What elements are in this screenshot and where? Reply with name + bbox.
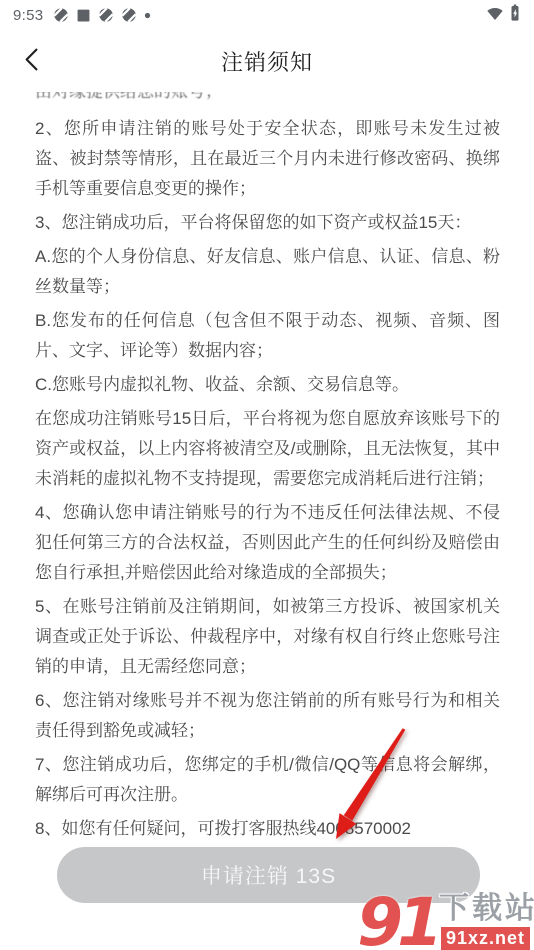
notice-paragraph: 3、您注销成功后，平台将保留您的如下资产或权益15天： (35, 208, 500, 238)
battery-charging-icon (509, 3, 521, 27)
header: 注销须知 (0, 30, 534, 92)
page-title: 注销须知 (0, 30, 534, 92)
pinwheel-icon (53, 7, 69, 23)
notice-paragraph: 2、您所申请注销的账号处于安全状态，即账号未发生过被盗、被封禁等情形，且在最近三… (35, 114, 500, 204)
notice-paragraph: 6、您注销对缘账号并不视为您注销前的所有账号行为和相关责任得到豁免或减轻； (35, 686, 500, 746)
clock-time: 9:53 (13, 7, 43, 24)
notice-paragraph: 由对缘提供给您的账号； (35, 92, 500, 107)
notice-paragraph: C.您账号内虚拟礼物、收益、余额、交易信息等。 (35, 370, 500, 400)
dot-icon (144, 12, 151, 19)
notice-paragraph: 4、您确认您申请注销账号的行为不违反任何法律法规、不侵犯任何第三方的合法权益，否… (35, 498, 500, 588)
back-button[interactable] (14, 44, 50, 80)
wifi-icon (486, 5, 504, 26)
notice-paragraph: 在您成功注销账号15日后，平台将视为您自愿放弃该账号下的资产或权益，以上内容将被… (35, 404, 500, 494)
notice-paragraph: A.您的个人身份信息、好友信息、账户信息、认证、信息、粉丝数量等； (35, 242, 500, 302)
pinwheel-icon (98, 7, 114, 23)
app-screen: 9:53 (0, 0, 534, 950)
back-arrow-icon (19, 46, 46, 78)
pinwheel-icon (121, 7, 137, 23)
watermark-site-url: 91xz.net (439, 925, 532, 950)
notification-icons (53, 7, 151, 23)
notice-body[interactable]: 由对缘提供给您的账号； 2、您所申请注销的账号处于安全状态，即账号未发生过被盗、… (35, 92, 500, 840)
clipped-previous-line: 由对缘提供给您的账号； (35, 92, 500, 108)
square-icon (76, 8, 91, 23)
notice-paragraph: 8、如您有任何疑问，可拨打客服热线4008570002 (35, 814, 500, 840)
apply-cancellation-button[interactable]: 申请注销 13S (57, 847, 480, 903)
notice-paragraph: B.您发布的任何信息（包含但不限于动态、视频、音频、图片、文字、评论等）数据内容… (35, 306, 500, 366)
notice-paragraph: 7、您注销成功后，您绑定的手机/微信/QQ等信息将会解绑，解绑后可再次注册。 (35, 750, 500, 810)
notice-paragraph: 5、在账号注销前及注销期间，如被第三方投诉、被国家机关调查或正处于诉讼、仲裁程序… (35, 592, 500, 682)
status-bar: 9:53 (0, 0, 534, 30)
